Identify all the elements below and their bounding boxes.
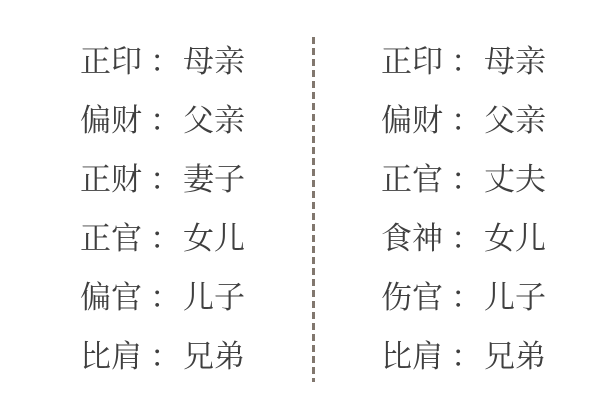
colon-separator: ： [146,342,183,373]
colon-separator: ： [447,224,484,255]
relation-row: 偏财 ： 父亲 [381,92,546,151]
relation-value: 父亲 [484,106,546,137]
relation-label: 偏官 [80,283,146,314]
relation-row: 正财 ： 妻子 [80,151,245,210]
colon-separator: ： [447,47,484,78]
colon-separator: ： [146,106,183,137]
relation-row: 食神 ： 女儿 [381,210,546,269]
relation-label: 正财 [80,165,146,196]
relation-label: 比肩 [80,342,146,373]
relation-row: 正官 ： 丈夫 [381,151,546,210]
relation-value: 兄弟 [484,342,546,373]
relation-value: 母亲 [183,47,245,78]
relation-label: 食神 [381,224,447,255]
relation-row: 比肩 ： 兄弟 [80,328,245,387]
colon-separator: ： [146,47,183,78]
colon-separator: ： [447,342,484,373]
relation-label: 偏财 [80,106,146,137]
relation-label: 偏财 [381,106,447,137]
relation-value: 女儿 [484,224,546,255]
relation-row: 正印 ： 母亲 [381,33,546,92]
relation-label: 伤官 [381,283,447,314]
relation-value: 妻子 [183,165,245,196]
relation-row: 偏财 ： 父亲 [80,92,245,151]
relation-value: 兄弟 [183,342,245,373]
relation-label: 正官 [381,165,447,196]
colon-separator: ： [146,165,183,196]
relation-label: 正印 [381,47,447,78]
right-relations-column: 正印 ： 母亲 偏财 ： 父亲 正官 ： 丈夫 食神 ： 女儿 伤官 ： 儿子 … [381,33,546,387]
relation-row: 正印 ： 母亲 [80,33,245,92]
colon-separator: ： [447,165,484,196]
relation-value: 儿子 [484,283,546,314]
colon-separator: ： [447,283,484,314]
relation-row: 偏官 ： 儿子 [80,269,245,328]
left-relations-column: 正印 ： 母亲 偏财 ： 父亲 正财 ： 妻子 正官 ： 女儿 偏官 ： 儿子 … [80,33,245,387]
colon-separator: ： [146,224,183,255]
relation-label: 正印 [80,47,146,78]
dashed-divider [312,37,315,382]
relation-label: 正官 [80,224,146,255]
relation-value: 儿子 [183,283,245,314]
relation-row: 比肩 ： 兄弟 [381,328,546,387]
relation-value: 丈夫 [484,165,546,196]
colon-separator: ： [447,106,484,137]
relation-value: 母亲 [484,47,546,78]
relation-value: 父亲 [183,106,245,137]
relation-row: 伤官 ： 儿子 [381,269,546,328]
relation-value: 女儿 [183,224,245,255]
colon-separator: ： [146,283,183,314]
relation-label: 比肩 [381,342,447,373]
relation-row: 正官 ： 女儿 [80,210,245,269]
